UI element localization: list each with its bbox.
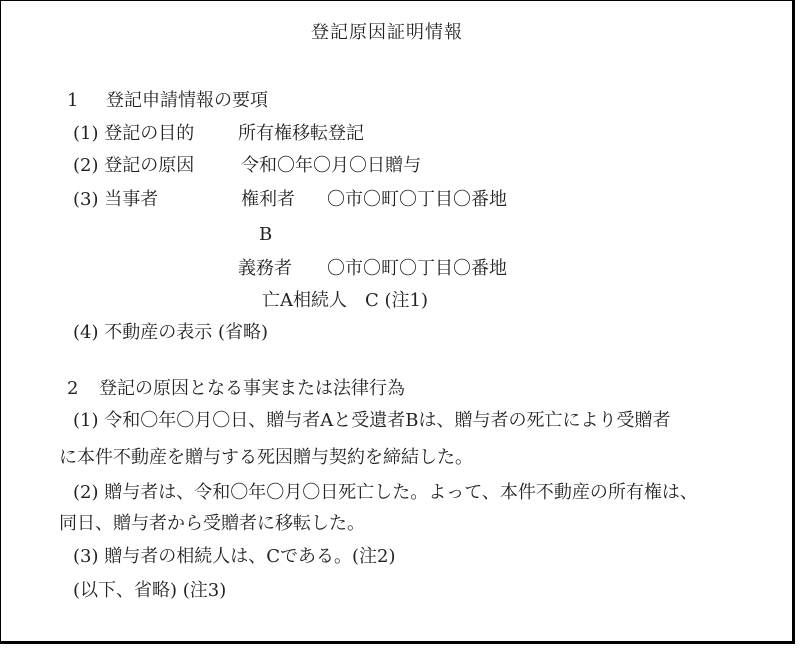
item4-label: (4) 不動産の表示 (省略) bbox=[73, 322, 268, 344]
section2-line-1: (1) 令和〇年〇月〇日、贈与者Aと受遺者Bは、贈与者の死亡により受贈者 bbox=[73, 410, 670, 432]
obligor-name: 亡A相続人 C (注1) bbox=[262, 290, 428, 312]
section2-heading: 登記の原因となる事実または法律行為 bbox=[99, 378, 405, 400]
section1-number: 1 bbox=[67, 90, 78, 112]
item1-label: (1) 登記の目的 bbox=[73, 123, 194, 145]
item3-label: (3) 当事者 bbox=[73, 189, 158, 211]
section2-number: 2 bbox=[67, 378, 78, 400]
rights-holder-label: 権利者 bbox=[241, 189, 295, 211]
rights-holder-name: B bbox=[259, 224, 272, 246]
section2-line-6: (以下、省略) (注3) bbox=[73, 580, 226, 602]
item1-value: 所有権移転登記 bbox=[238, 123, 364, 145]
item2-value: 令和〇年〇月〇日贈与 bbox=[241, 155, 421, 177]
item2-label: (2) 登記の原因 bbox=[73, 155, 194, 177]
document-frame: 登記原因証明情報 1 登記申請情報の要項 (1) 登記の目的 所有権移転登記 (… bbox=[0, 0, 795, 644]
section2-line-3: (2) 贈与者は、令和〇年〇月〇日死亡した。よって、本件不動産の所有権は、 bbox=[73, 482, 698, 504]
section2-line-4: 同日、贈与者から受贈者に移転した。 bbox=[59, 513, 365, 535]
obligor-label: 義務者 bbox=[238, 258, 292, 280]
obligor-address: 〇市〇町〇丁目〇番地 bbox=[327, 258, 507, 280]
section2-line-2: に本件不動産を贈与する死因贈与契約を締結した。 bbox=[59, 447, 473, 469]
rights-holder-address: 〇市〇町〇丁目〇番地 bbox=[327, 189, 507, 211]
section1-heading: 登記申請情報の要項 bbox=[106, 90, 268, 112]
section2-line-5: (3) 贈与者の相続人は、Cである。(注2) bbox=[73, 546, 396, 568]
document-title: 登記原因証明情報 bbox=[311, 22, 463, 44]
